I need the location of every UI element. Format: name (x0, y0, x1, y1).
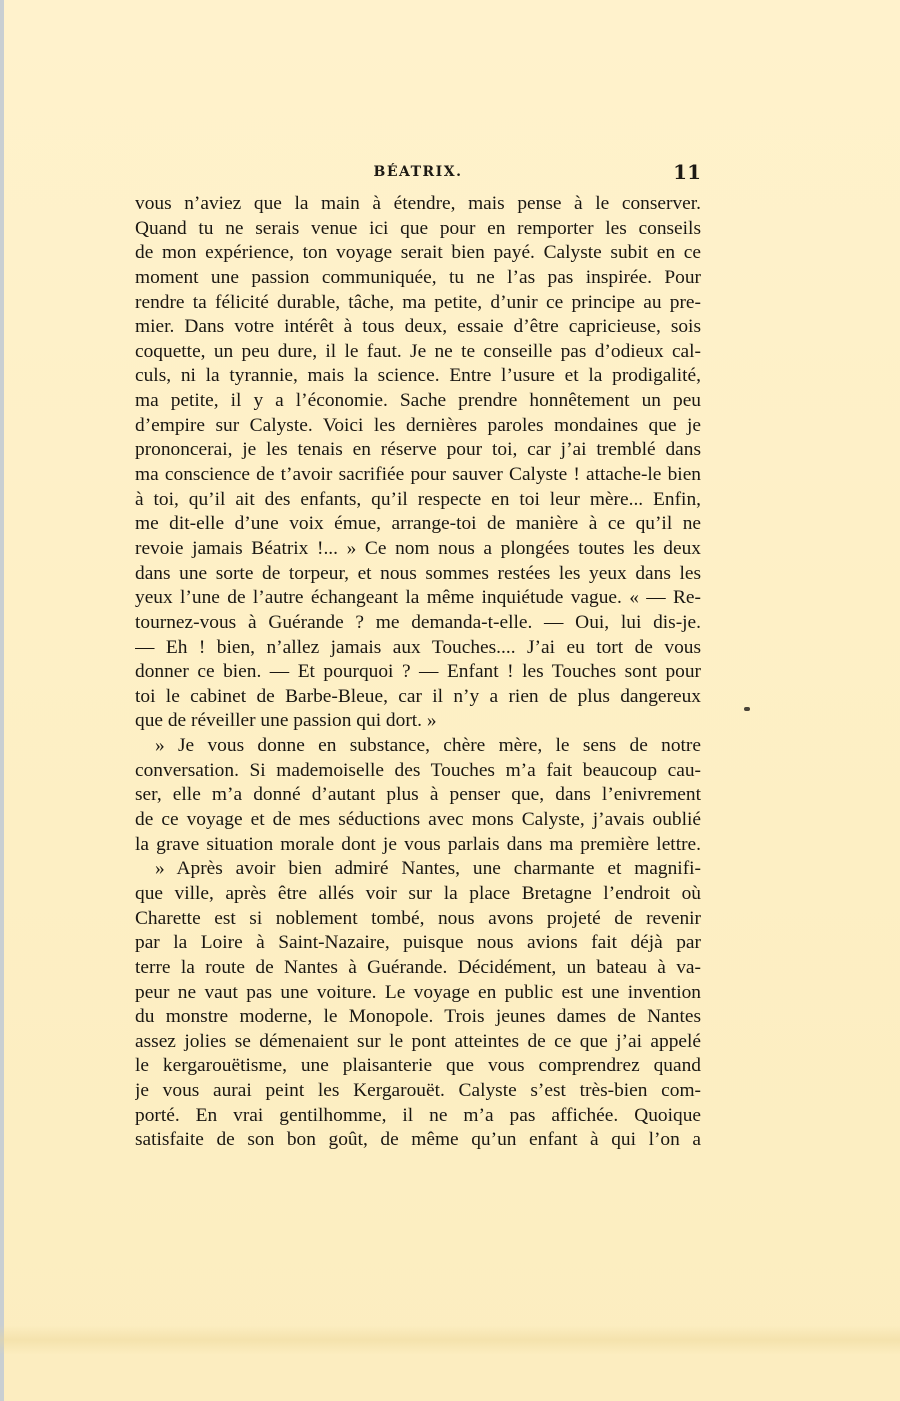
text-line: revoie jamais Béatrix !... » Ce nom nous… (135, 537, 701, 562)
text-line: tournez-vous à Guérande ? me demanda-t-e… (135, 611, 701, 636)
text-line: » Après avoir bien admiré Nantes, une ch… (135, 857, 701, 882)
text-line: satisfaite de son bon goût, de même qu’u… (135, 1128, 701, 1153)
text-line: de mon expérience, ton voyage serait bie… (135, 241, 701, 266)
paper-speck (744, 707, 750, 711)
text-line: — Eh ! bien, n’allez jamais aux Touches.… (135, 636, 701, 661)
body-text: vous n’aviez que la main à étendre, mais… (135, 192, 701, 1153)
text-line: de ce voyage et de mes séductions avec m… (135, 808, 701, 833)
text-line: » Je vous donne en substance, chère mère… (135, 734, 701, 759)
text-line: d’empire sur Calyste. Voici les dernière… (135, 414, 701, 439)
text-line: que de réveiller une passion qui dort. » (135, 709, 701, 734)
page-fold-shadow (0, 1325, 900, 1355)
text-line: prononcerai, je les tenais en réserve po… (135, 438, 701, 463)
text-line: rendre ta félicité durable, tâche, ma pe… (135, 291, 701, 316)
text-line: culs, ni la tyrannie, mais la science. E… (135, 364, 701, 389)
text-line: me dit-elle d’une voix émue, arrange-toi… (135, 512, 701, 537)
text-line: le kergarouëtisme, une plaisanterie que … (135, 1054, 701, 1079)
text-line: toi le cabinet de Barbe-Bleue, car il n’… (135, 685, 701, 710)
book-page: BÉATRIX. 11 vous n’aviez que la main à é… (0, 0, 900, 1401)
text-line: terre la route de Nantes à Guérande. Déc… (135, 956, 701, 981)
running-title: BÉATRIX. (135, 164, 701, 180)
page-edge (0, 0, 4, 1401)
text-line: dans une sorte de torpeur, et nous somme… (135, 562, 701, 587)
text-line: peur ne vaut pas une voiture. Le voyage … (135, 981, 701, 1006)
text-line: mier. Dans votre intérêt à tous deux, es… (135, 315, 701, 340)
text-line: à toi, qu’il ait des enfants, qu’il resp… (135, 488, 701, 513)
page-number: 11 (673, 160, 701, 184)
text-line: donner ce bien. — Et pourquoi ? — Enfant… (135, 660, 701, 685)
text-line: porté. En vrai gentilhomme, il ne m’a pa… (135, 1104, 701, 1129)
text-line: la grave situation morale dont je vous p… (135, 833, 701, 858)
text-line: moment une passion communiquée, tu ne l’… (135, 266, 701, 291)
text-line: ma conscience de t’avoir sacrifiée pour … (135, 463, 701, 488)
text-line: ma petite, il y a l’économie. Sache pren… (135, 389, 701, 414)
text-line: Charette est si noblement tombé, nous av… (135, 907, 701, 932)
text-line: conversation. Si mademoiselle des Touche… (135, 759, 701, 784)
text-line: coquette, un peu dure, il le faut. Je ne… (135, 340, 701, 365)
text-line: vous n’aviez que la main à étendre, mais… (135, 192, 701, 217)
running-header: BÉATRIX. 11 (135, 160, 701, 184)
text-line: Quand tu ne serais venue ici que pour en… (135, 217, 701, 242)
text-line: que ville, après être allés voir sur la … (135, 882, 701, 907)
text-line: assez jolies se démenaient sur le pont a… (135, 1030, 701, 1055)
text-line: par la Loire à Saint-Nazaire, puisque no… (135, 931, 701, 956)
text-line: je vous aurai peint les Kergarouët. Caly… (135, 1079, 701, 1104)
text-line: yeux l’une de l’autre échangeant la même… (135, 586, 701, 611)
text-line: du monstre moderne, le Monopole. Trois j… (135, 1005, 701, 1030)
text-line: ser, elle m’a donné d’autant plus à pens… (135, 783, 701, 808)
